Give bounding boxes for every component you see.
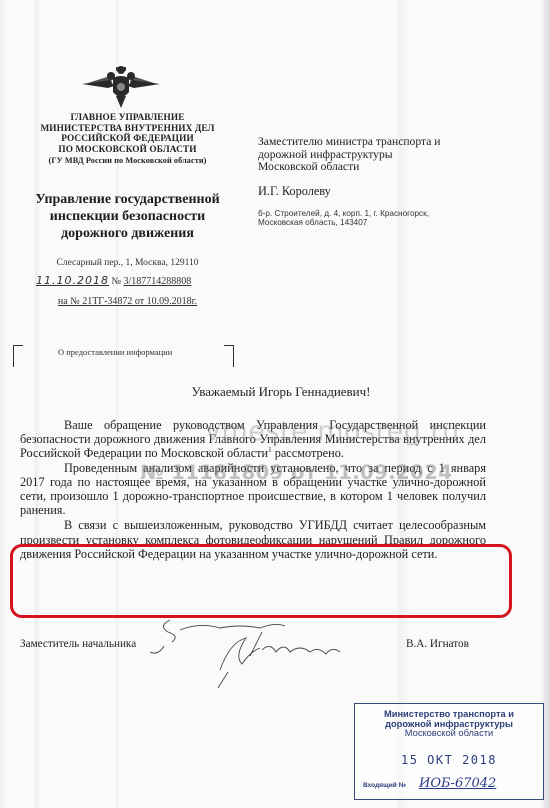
recipient-name: И.Г. Королеву (258, 185, 538, 198)
sender-organization: ГЛАВНОЕ УПРАВЛЕНИЕ МИНИСТЕРСТВА ВНУТРЕНН… (0, 113, 255, 167)
org-line: ПО МОСКОВСКОЙ ОБЛАСТИ (0, 145, 255, 156)
stamp-incoming-number: ИОБ-67042 (419, 776, 496, 791)
subject-bracket-right (224, 345, 234, 367)
outgoing-number: 3/187714288808 (124, 276, 192, 287)
registration-line: 11.10.2018 № 3/187714288808 (36, 274, 256, 287)
double-headed-eagle-emblem-icon (80, 62, 162, 110)
sender-address: Слесарный пер., 1, Москва, 129110 (0, 258, 255, 268)
subject-bracket-left (13, 345, 23, 367)
paragraph-1-end: рассмотрено. (272, 446, 344, 460)
stamp-org-line: Московской области (355, 729, 543, 739)
recipient-line: Заместителю министра транспорта и (258, 136, 538, 149)
number-watermark: № 11181809 от 11.09.2024 (140, 461, 452, 484)
handwritten-date: 11.10.2018 (36, 274, 109, 287)
recipient-address: б-р. Строителей, д. 4, корп. 1, г. Красн… (258, 209, 538, 228)
signatory-name: В.А. Игнатов (406, 638, 469, 650)
stamp-date: 15 ОКТ 2018 (355, 753, 543, 767)
subject-line: О предоставлении информации (58, 347, 172, 357)
incoming-registration-stamp: Министерство транспорта и дорожной инфра… (354, 703, 544, 800)
recipient-block: Заместителю министра транспорта и дорожн… (258, 136, 538, 228)
org-line: МИНИСТЕРСТВА ВНУТРЕННИХ ДЕЛ (0, 124, 255, 135)
site-watermark: vmeste.mosreg.ru (205, 416, 460, 447)
handwritten-signature-icon (150, 612, 390, 692)
reference-line: на № 21ТГ-34872 от 10.09.2018г. (0, 296, 255, 307)
number-label: № (111, 276, 121, 287)
recipient-address-line: Московская область, 143407 (258, 218, 538, 227)
stamp-incoming-label: Входящий № (363, 782, 406, 789)
recipient-line: Московской области (258, 161, 538, 174)
org-line: РОССИЙСКОЙ ФЕДЕРАЦИИ (0, 134, 255, 145)
scanned-letter-page: ГЛАВНОЕ УПРАВЛЕНИЕ МИНИСТЕРСТВА ВНУТРЕНН… (0, 0, 550, 808)
sender-department: Управление государственной инспекции без… (0, 191, 255, 242)
dept-line: инспекции безопасности (0, 208, 255, 225)
greeting: Уважаемый Игорь Геннадиевич! (0, 384, 550, 400)
red-highlight-frame (10, 544, 512, 618)
dept-line: Управление государственной (0, 191, 255, 208)
signatory-title: Заместитель начальника (20, 638, 136, 650)
recipient-address-line: б-р. Строителей, д. 4, корп. 1, г. Красн… (258, 209, 538, 218)
dept-line: дорожного движения (0, 225, 255, 242)
org-line: ГЛАВНОЕ УПРАВЛЕНИЕ (0, 113, 255, 124)
stamp-organization: Министерство транспорта и дорожной инфра… (355, 710, 543, 739)
org-short-name: (ГУ МВД России по Московской области) (0, 156, 255, 167)
reference-text: на № 21ТГ-34872 от 10.09.2018г. (58, 296, 197, 307)
